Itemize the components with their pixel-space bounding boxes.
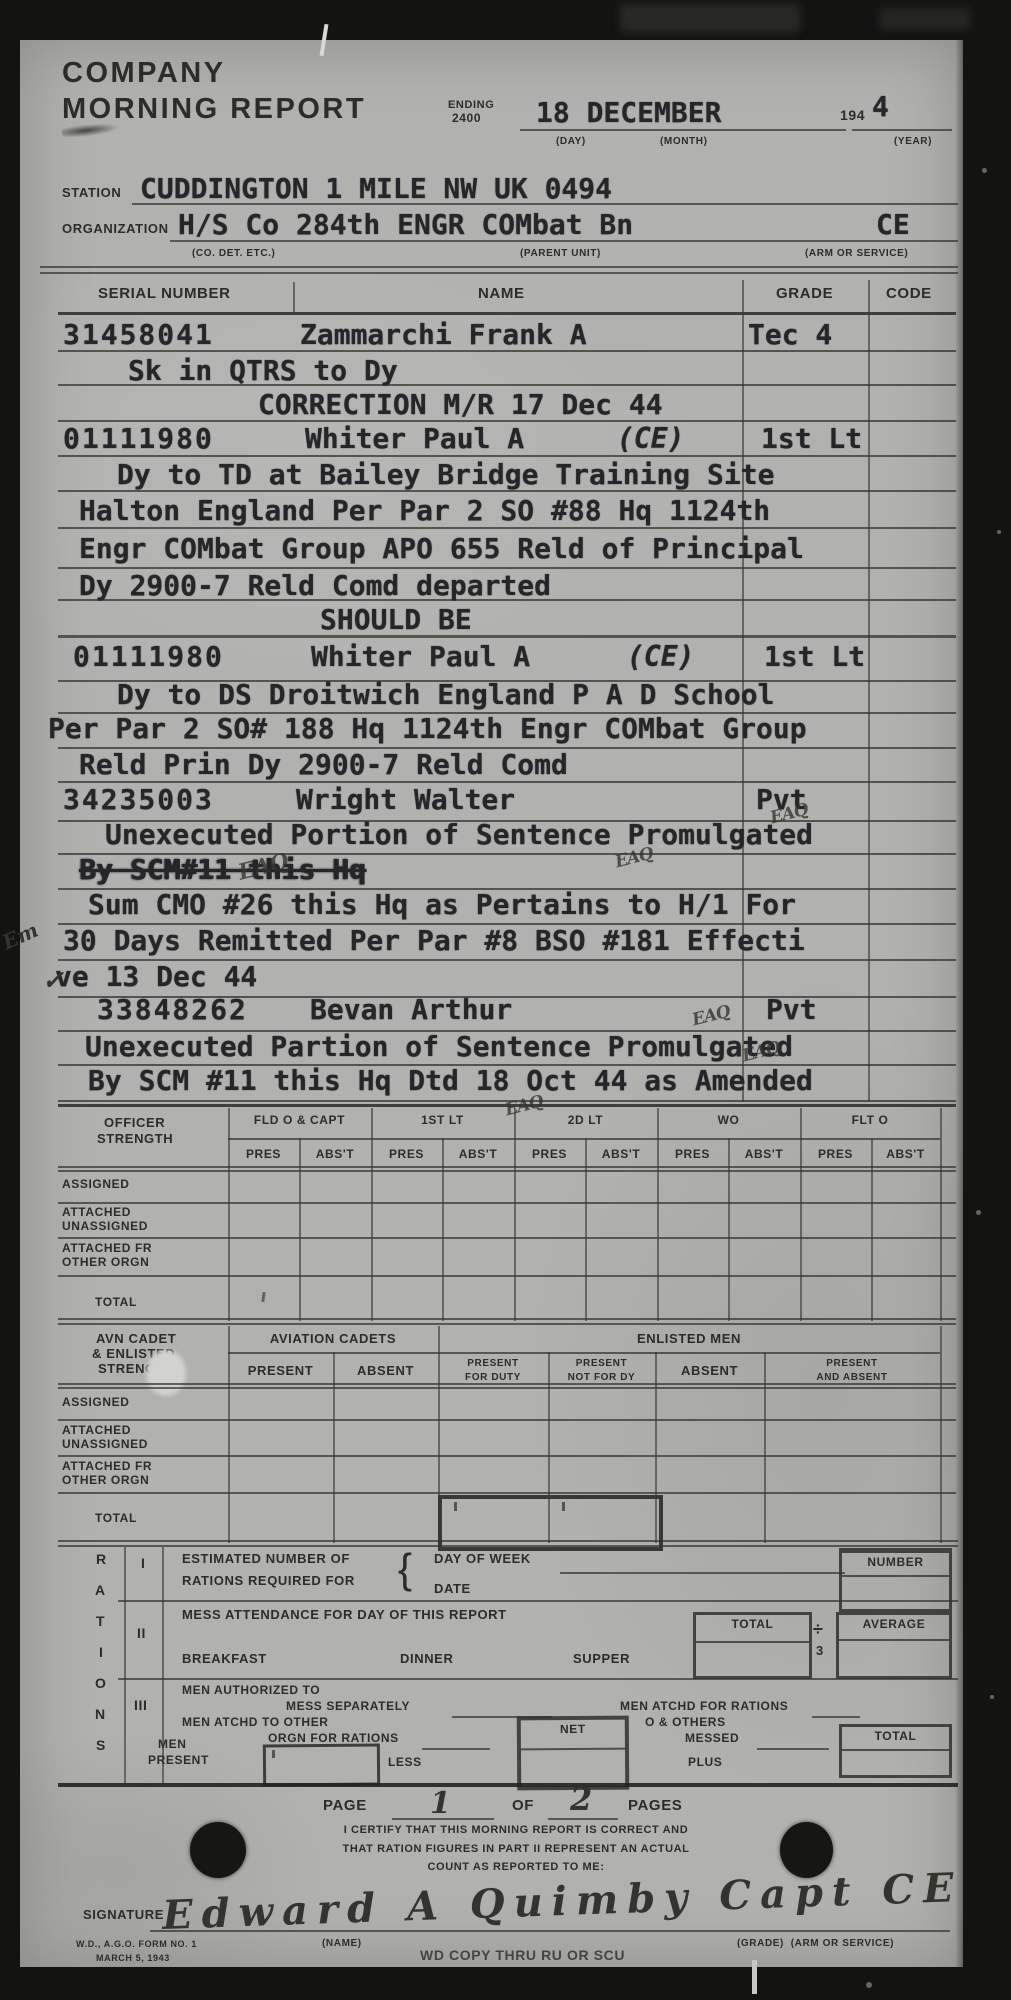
grade: Tec 4 [748,320,832,350]
org-sub-label-1: (CO. DET. ETC.) [192,248,275,259]
hand-drawn-emphasis-box [438,1495,663,1551]
net-box-label: NET [521,1723,625,1737]
year-underline [852,129,952,131]
rations-side-letter: T [96,1614,105,1629]
officer-row-rule [58,1275,956,1277]
scan-speck [866,1982,872,1988]
total-box-2: TOTAL [839,1724,952,1778]
abst-col-label: ABS'T [871,1148,940,1161]
roster-header-code: CODE [886,286,932,303]
section-divider-rule [40,272,958,274]
officer-strength-title2: STRENGTH [97,1132,173,1146]
entry-text: CORRECTION M/R 17 Dec 44 [258,390,663,420]
form-title-line2: MORNING REPORT [62,94,366,126]
entry-text: By SCM #11 this Hq Dtd 18 Oct 44 as Amen… [88,1066,813,1096]
cadet-row-unassigned: UNASSIGNED [62,1438,148,1451]
present-and-absent-label: PRESENT [764,1358,940,1369]
officer-subcol-line [299,1138,301,1321]
officer-bottom-rule [58,1323,956,1325]
roster-line: 30 Days Remitted Per Par #8 BSO #181 Eff… [58,926,956,961]
pres-col-label: PRES [371,1148,442,1161]
entry-text: SHOULD BE [320,605,472,635]
entry-text: ve 13 Dec 44 [55,962,257,992]
serial-number: 34235003 [63,785,214,815]
name-sub-label: (NAME) [322,1938,362,1949]
number-box-divider [842,1575,949,1577]
officer-row-attached: ATTACHED [62,1206,131,1219]
arm-service-value: CE [876,210,910,240]
ending-label: ENDING [448,99,494,111]
supper-label: SUPPER [573,1652,630,1666]
abst-col-label: ABS'T [299,1148,371,1161]
officer-col-line [800,1108,802,1321]
roster-line: Sk in QTRS to Dy [58,356,956,386]
pres-col-label: PRES [657,1148,728,1161]
entry-text: Dy to DS Droitwich England P A D School [117,680,774,710]
cadet-row-rule [58,1419,956,1421]
pages-label: PAGES [628,1798,682,1815]
pres-col-label: PRES [800,1148,871,1161]
grade: 1st Lt [764,642,865,672]
entry-text: Dy to TD at Bailey Bridge Training Site [117,460,774,490]
abst-col-label: ABS'T [585,1148,657,1161]
roster-line: Dy to DS Droitwich England P A D School [58,680,956,714]
roster-line: Reld Prin Dy 2900-7 Reld Comd [58,750,956,783]
roster-line: 31458041 Zammarchi Frank A Tec 4 [58,320,956,352]
scan-top-band-blotch [620,4,800,32]
station-label: STATION [62,186,121,200]
serial-number: 01111980 [73,642,224,672]
cadet-present-label: PRESENT [228,1364,333,1378]
roster-header-serial: SERIAL NUMBER [98,286,231,303]
officer-row-unassigned: UNASSIGNED [62,1220,148,1233]
grade: Pvt [766,995,817,1025]
entry-text: Halton England Per Par 2 SO #88 Hq 1124t… [79,496,770,526]
roster-line: 01111980 Whiter Paul A (CE) 1st Lt [58,424,956,457]
certify-statement-line3: COUNT AS REPORTED TO ME: [266,1861,766,1873]
pres-col-label: PRES [228,1148,299,1161]
breakfast-label: BREAKFAST [182,1652,267,1666]
station-value: CUDDINGTON 1 MILE NW UK 0494 [140,174,612,204]
roster-header-row: SERIAL NUMBER NAME GRADE CODE [58,282,956,315]
roster-line: Halton England Per Par 2 SO #88 Hq 1124t… [58,496,956,529]
officer-group-label: FLT O [800,1114,940,1127]
roster-line: Sum CMO #26 this Hq as Pertains to H/1 F… [58,890,956,925]
scan-speck [976,1210,981,1215]
cadet-row-assigned: ASSIGNED [62,1396,129,1409]
cadet-row-rule [58,1455,956,1457]
branch-note: (CE) [627,642,694,672]
handwritten-checkmark: ✓ [42,966,64,996]
men-atchd-rations-label: MEN ATCHD FOR RATIONS [620,1700,788,1713]
orgn-underline [422,1748,490,1750]
messed-underline [757,1748,829,1750]
roster-line: Unexecuted Partion of Sentence Promulgat… [58,1032,956,1066]
day-of-week-underline [560,1572,845,1574]
officer-col-line [228,1108,230,1321]
cadet-col-line [438,1326,440,1543]
present-for-duty-label: FOR DUTY [438,1372,548,1383]
stray-pen-mark [454,1502,457,1511]
roster-line: 34235003 Wright Walter Pvt [58,785,956,822]
rations-side-letter: I [99,1645,104,1660]
roster-col-line [293,282,295,314]
rations-side-letter: A [95,1583,106,1598]
pages-underline [548,1818,618,1820]
officer-subcol-line [585,1138,587,1321]
section-divider-rule [40,266,958,268]
org-sub-label-2: (PARENT UNIT) [520,248,601,259]
number-box: NUMBER [839,1548,952,1612]
officer-col-line [940,1108,942,1321]
net-box-divider [521,1748,625,1751]
dinner-label: DINNER [400,1652,453,1666]
station-underline [132,203,958,205]
ending-time: 2400 [452,112,481,125]
mess-attendance-label: MESS ATTENDANCE FOR DAY OF THIS REPORT [182,1608,507,1622]
roster-line: 33848262 Bevan Arthur Pvt [58,995,956,1032]
page-number-handwritten: 1 [430,1786,451,1821]
cadet-col-line [940,1326,942,1543]
rations-side-letter: R [96,1552,107,1567]
rations-side-letter: N [95,1707,106,1722]
cadet-subheader-rule [58,1383,956,1385]
officer-subheader-rule [58,1170,956,1172]
aviation-cadets-group-label: AVIATION CADETS [228,1332,438,1346]
of-label: OF [512,1798,534,1815]
year-value: 4 [872,92,889,122]
month-label: (MONTH) [660,136,708,147]
divide-by-three: 3 [816,1644,824,1658]
officer-strength-title1: OFFICER [104,1116,165,1130]
officer-subheader-rule [58,1166,956,1168]
total-box-2-divider [842,1749,949,1751]
officer-bottom-rule [58,1318,956,1320]
rations-col-line [124,1547,126,1783]
officer-group-label: FLD O & CAPT [228,1114,371,1127]
roster-line: Dy to TD at Bailey Bridge Training Site [58,460,956,492]
rations-row-rule [118,1678,958,1680]
entry-text: Engr COMbat Group APO 655 Reld of Princi… [79,534,804,564]
grade: 1st Lt [761,424,862,454]
organization-underline [170,240,958,242]
pages-number-handwritten: 2 [570,1780,592,1818]
cadet-row-total: TOTAL [95,1512,137,1525]
mess-separately-label: MESS SEPARATELY [286,1700,410,1713]
officer-row-attached-fr: ATTACHED FR [62,1242,152,1255]
roster-line: CORRECTION M/R 17 Dec 44 [58,390,956,422]
form-date: MARCH 5, 1943 [96,1954,170,1964]
scanned-morning-report: COMPANY MORNING REPORT ENDING 2400 18 DE… [0,0,1011,2000]
divide-sign: ÷ [813,1620,823,1640]
grade-arm-sub-label: (GRADE) (ARM OR SERVICE) [737,1938,894,1949]
roster-line: By SCM #11 this Hq Dtd 18 Oct 44 as Amen… [58,1066,956,1102]
officer-col-line [514,1108,516,1321]
cadet-row-rule [58,1492,956,1494]
hand-drawn-box [263,1743,380,1786]
scan-speck [990,1695,994,1699]
organization-value: H/S Co 284th ENGR COMbat Bn [178,210,633,240]
soldier-name: Zammarchi Frank A [300,320,587,350]
total-box-2-label: TOTAL [842,1730,949,1743]
date-label: DATE [434,1582,471,1596]
punch-hole-left [190,1822,246,1878]
cadet-bottom-rule [58,1545,958,1547]
present-and-absent-label: AND ABSENT [764,1372,940,1383]
pres-col-label: PRES [514,1148,585,1161]
enlisted-men-group-label: ENLISTED MEN [438,1332,940,1346]
entry-text: Dy 2900-7 Reld Comd departed [79,571,551,601]
cadet-absent-label: ABSENT [333,1364,438,1378]
abst-col-label: ABS'T [442,1148,514,1161]
cadet-subcol-line [764,1352,766,1543]
serial-number: 33848262 [97,995,248,1025]
cadet-title1: AVN CADET [96,1332,176,1346]
plus-label: PLUS [688,1756,722,1769]
roster-line: 01111980 Whiter Paul A (CE) 1st Lt [58,642,956,682]
day-label: (DAY) [556,136,586,147]
present-label: PRESENT [148,1754,209,1767]
officer-row-total: TOTAL [95,1296,137,1309]
form-number: W.D., A.G.O. FORM NO. 1 [76,1940,197,1950]
officer-row-rule [58,1237,956,1239]
officer-group-label: 2D LT [514,1114,657,1127]
rations-bottom-rule [58,1783,958,1787]
rations-roman-ii: II [137,1626,146,1641]
roster-line: Per Par 2 SO# 188 Hq 1124th Engr COMbat … [58,714,956,749]
cadet-subcol-line [333,1352,335,1543]
signature-underline [150,1930,950,1932]
total-box-divider [696,1641,809,1643]
average-box-label: AVERAGE [839,1618,949,1631]
men-atchd-underline [812,1716,860,1718]
year-label: (YEAR) [894,136,932,147]
roster-line: Engr COMbat Group APO 655 Reld of Princi… [58,534,956,569]
officer-group-label: WO [657,1114,800,1127]
officer-subcol-line [871,1138,873,1321]
officer-row-rule [58,1202,956,1204]
total-box-label: TOTAL [696,1618,809,1631]
soldier-name: Whiter Paul A [305,424,524,454]
entry-text: 30 Days Remitted Per Par #8 BSO #181 Eff… [63,926,805,956]
officer-row-other-orgn: OTHER ORGN [62,1256,149,1269]
rations-side-letter: S [96,1738,106,1753]
day-of-week-label: DAY OF WEEK [434,1552,531,1566]
entry-text: Per Par 2 SO# 188 Hq 1124th Engr COMbat … [48,714,807,744]
rations-roman-i: I [141,1556,146,1571]
date-underline [520,129,846,131]
scan-top-band-blotch [880,8,970,30]
officer-group-label: 1ST LT [371,1114,514,1127]
entry-text: Sum CMO #26 this Hq as Pertains to H/1 F… [88,890,796,920]
scan-bottom-scratch [752,1960,757,1994]
scan-speck [997,530,1001,534]
entry-text: Reld Prin Dy 2900-7 Reld Comd [79,750,568,780]
present-not-for-duty-label: PRESENT [548,1358,655,1369]
cadet-subheader-rule [58,1387,956,1389]
organization-label: ORGANIZATION [62,222,169,236]
roster-header-name: NAME [478,286,525,303]
average-box-divider [839,1639,949,1641]
messed-label: MESSED [685,1732,739,1745]
roster-line: Dy 2900-7 Reld Comd departed [58,571,956,601]
stray-pen-mark [272,1750,275,1758]
soldier-name: Whiter Paul A [311,642,530,672]
entry-text: Sk in QTRS to Dy [128,356,398,386]
number-box-label: NUMBER [842,1556,949,1569]
cadet-col-line [228,1326,230,1543]
officer-row-assigned: ASSIGNED [62,1178,129,1191]
cadet-row-attached: ATTACHED [62,1424,131,1437]
rations-side-letter: O [95,1676,107,1691]
serial-number: 01111980 [63,424,214,454]
stray-pen-mark [562,1502,565,1511]
roster-line: SHOULD BE [58,605,956,638]
report-date-value: 18 DECEMBER [536,98,721,128]
officer-col-line [371,1108,373,1321]
cadet-bottom-rule [58,1540,958,1542]
less-label: LESS [388,1756,422,1769]
cadet-row-other-orgn: OTHER ORGN [62,1474,149,1487]
rations-row1-label: ESTIMATED NUMBER OF [182,1552,350,1566]
o-and-others-label: O & OTHERS [645,1716,726,1729]
page-label: PAGE [323,1798,367,1815]
certify-statement-line1: I CERTIFY THAT THIS MORNING REPORT IS CO… [266,1824,766,1836]
scan-white-blob [146,1350,186,1396]
officer-subcol-line [728,1138,730,1321]
average-box: AVERAGE [836,1612,952,1679]
year-prefix: 194 [840,108,865,123]
form-title-line1: COMPANY [62,58,226,90]
roster-line: Unexecuted Portion of Sentence Promulgat… [58,820,956,855]
scan-speck [982,168,987,173]
entry-text-struck-out: By SCM#11 this Hq [79,855,366,885]
total-box: TOTAL [693,1612,812,1679]
serial-number: 31458041 [63,320,214,350]
roster-header-grade: GRADE [776,286,833,303]
org-sub-label-3: (ARM OR SERVICE) [805,248,908,259]
signature-label: SIGNATURE [83,1908,164,1922]
branch-note: (CE) [617,424,684,454]
rations-row-rule [118,1600,958,1602]
soldier-name: Bevan Arthur [310,995,512,1025]
cadet-subcol-line [655,1352,657,1543]
rations-roman-iii: III [134,1698,147,1713]
cadet-row-attached-fr: ATTACHED FR [62,1460,152,1473]
entry-text: Unexecuted Partion of Sentence Promulgat… [85,1032,793,1062]
abst-col-label: ABS'T [728,1148,800,1161]
men-label: MEN [158,1738,186,1751]
men-atchd-other-label: MEN ATCHD TO OTHER [182,1716,329,1729]
officer-subcol-line [442,1138,444,1321]
officer-group-underline [228,1138,940,1140]
cadet-subcol-line [548,1352,550,1543]
officer-col-line [657,1108,659,1321]
rations-row1-label2: RATIONS REQUIRED FOR [182,1574,355,1588]
entry-text: Unexecuted Portion of Sentence Promulgat… [105,820,813,850]
wd-copy-routing: WD COPY THRU RU OR SCU [420,1948,625,1963]
enlisted-absent-label: ABSENT [655,1364,764,1378]
brace-glyph: { [398,1546,413,1592]
present-for-duty-label: PRESENT [438,1358,548,1369]
men-authorized-label: MEN AUTHORIZED TO [182,1684,320,1697]
certify-statement-line2: THAT RATION FIGURES IN PART II REPRESENT… [266,1843,766,1855]
soldier-name: Wright Walter [296,785,515,815]
present-not-for-duty-label: NOT FOR DY [548,1372,655,1383]
roster-line: By SCM#11 this Hq [58,855,956,890]
